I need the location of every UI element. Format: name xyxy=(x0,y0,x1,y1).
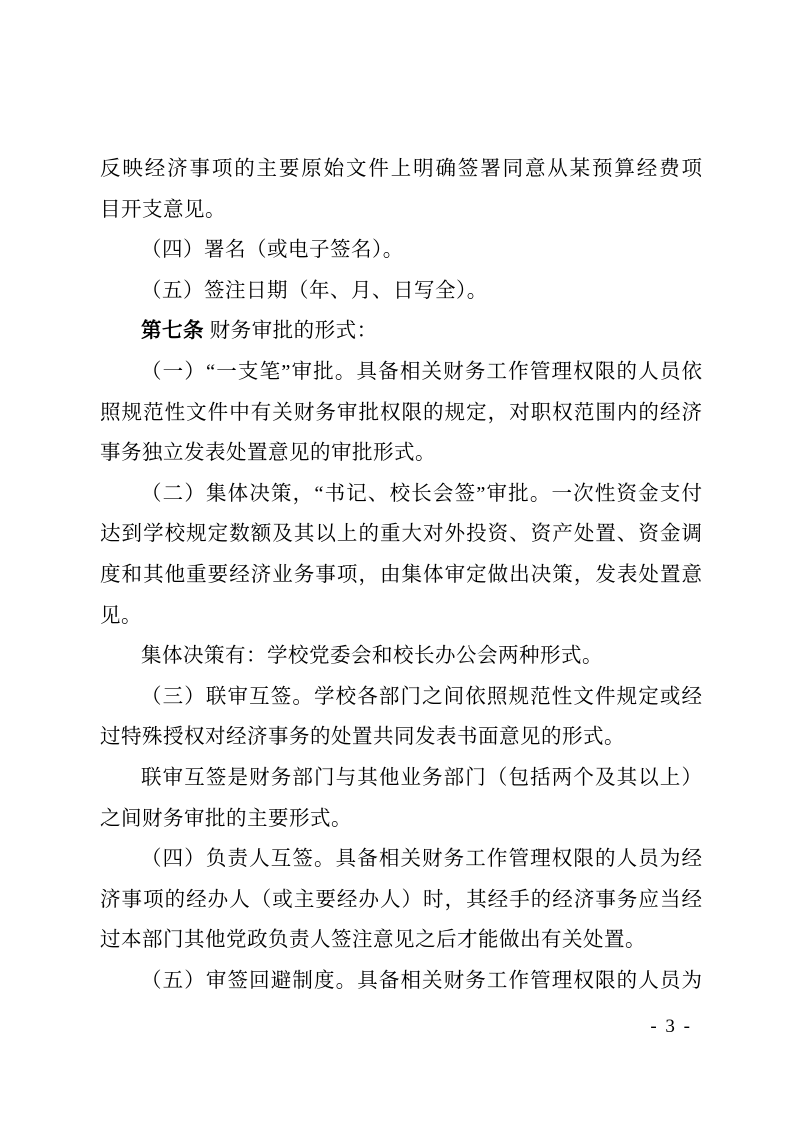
text-line: （四）署名（或电子签名）。 xyxy=(100,230,702,271)
text-segment: （四）负责人互签。具备相关财务工作管理权限的人员为经 xyxy=(141,848,702,870)
text-line: （一）“一支笔”审批。具备相关财务工作管理权限的人员依 xyxy=(100,352,702,393)
text-segment: （一）“一支笔”审批。具备相关财务工作管理权限的人员依 xyxy=(141,361,702,383)
text-segment: 之间财务审批的主要形式。 xyxy=(100,808,352,830)
text-segment: 达到学校规定数额及其以上的重大对外投资、资产处置、资金调 xyxy=(100,523,702,545)
text-line: 反映经济事项的主要原始文件上明确签署同意从某预算经费项 xyxy=(100,149,702,190)
text-line: 达到学校规定数额及其以上的重大对外投资、资产处置、资金调 xyxy=(100,514,702,555)
text-line: 第七条 财务审批的形式： xyxy=(100,311,702,352)
text-segment: 见。 xyxy=(100,605,142,627)
text-segment: （四）署名（或电子签名）。 xyxy=(141,239,404,261)
text-segment: （五）签注日期（年、月、日写全）。 xyxy=(141,280,488,302)
text-segment: 度和其他重要经济业务事项，由集体审定做出决策，发表处置意 xyxy=(100,564,702,586)
text-line: 过本部门其他党政负责人签注意见之后才能做出有关处置。 xyxy=(100,920,702,961)
text-segment: （二）集体决策，“书记、校长会签”审批。一次性资金支付 xyxy=(141,483,702,505)
text-line: 过特殊授权对经济事务的处置共同发表书面意见的形式。 xyxy=(100,717,702,758)
text-segment: 反映经济事项的主要原始文件上明确签署同意从某预算经费项 xyxy=(100,158,702,180)
text-line: （五）审签回避制度。具备相关财务工作管理权限的人员为 xyxy=(100,961,702,1002)
text-line: 济事项的经办人（或主要经办人）时，其经手的经济事务应当经 xyxy=(100,880,702,921)
page-number: - 3 - xyxy=(650,1014,692,1040)
text-line: 见。 xyxy=(100,596,702,637)
document-page: 反映经济事项的主要原始文件上明确签署同意从某预算经费项目开支意见。（四）署名（或… xyxy=(0,0,794,1123)
text-line: 联审互签是财务部门与其他业务部门（包括两个及其以上） xyxy=(100,758,702,799)
text-line: （四）负责人互签。具备相关财务工作管理权限的人员为经 xyxy=(100,839,702,880)
text-line: （三）联审互签。学校各部门之间依照规范性文件规定或经 xyxy=(100,677,702,718)
article-heading-number: 第七条 xyxy=(141,320,204,342)
text-segment: 目开支意见。 xyxy=(100,199,226,221)
text-line: （五）签注日期（年、月、日写全）。 xyxy=(100,271,702,312)
text-line: 之间财务审批的主要形式。 xyxy=(100,799,702,840)
text-segment: （三）联审互签。学校各部门之间依照规范性文件规定或经 xyxy=(141,686,702,708)
text-segment: 照规范性文件中有关财务审批权限的规定，对职权范围内的经济 xyxy=(100,402,702,424)
text-line: 集体决策有：学校党委会和校长办公会两种形式。 xyxy=(100,636,702,677)
text-line: 度和其他重要经济业务事项，由集体审定做出决策，发表处置意 xyxy=(100,555,702,596)
text-segment: 济事项的经办人（或主要经办人）时，其经手的经济事务应当经 xyxy=(100,889,702,911)
text-segment: 过本部门其他党政负责人签注意见之后才能做出有关处置。 xyxy=(100,929,646,951)
text-segment: 事务独立发表处置意见的审批形式。 xyxy=(100,442,436,464)
text-segment: 联审互签是财务部门与其他业务部门（包括两个及其以上） xyxy=(141,767,702,789)
text-segment: （五）审签回避制度。具备相关财务工作管理权限的人员为 xyxy=(141,970,702,992)
text-segment: 过特殊授权对经济事务的处置共同发表书面意见的形式。 xyxy=(100,726,625,748)
text-segment: 集体决策有：学校党委会和校长办公会两种形式。 xyxy=(141,645,603,667)
text-line: （二）集体决策，“书记、校长会签”审批。一次性资金支付 xyxy=(100,474,702,515)
text-line: 目开支意见。 xyxy=(100,190,702,231)
text-line: 事务独立发表处置意见的审批形式。 xyxy=(100,433,702,474)
document-body: 反映经济事项的主要原始文件上明确签署同意从某预算经费项目开支意见。（四）署名（或… xyxy=(100,149,702,1001)
text-segment: 财务审批的形式： xyxy=(204,320,378,342)
text-line: 照规范性文件中有关财务审批权限的规定，对职权范围内的经济 xyxy=(100,393,702,434)
